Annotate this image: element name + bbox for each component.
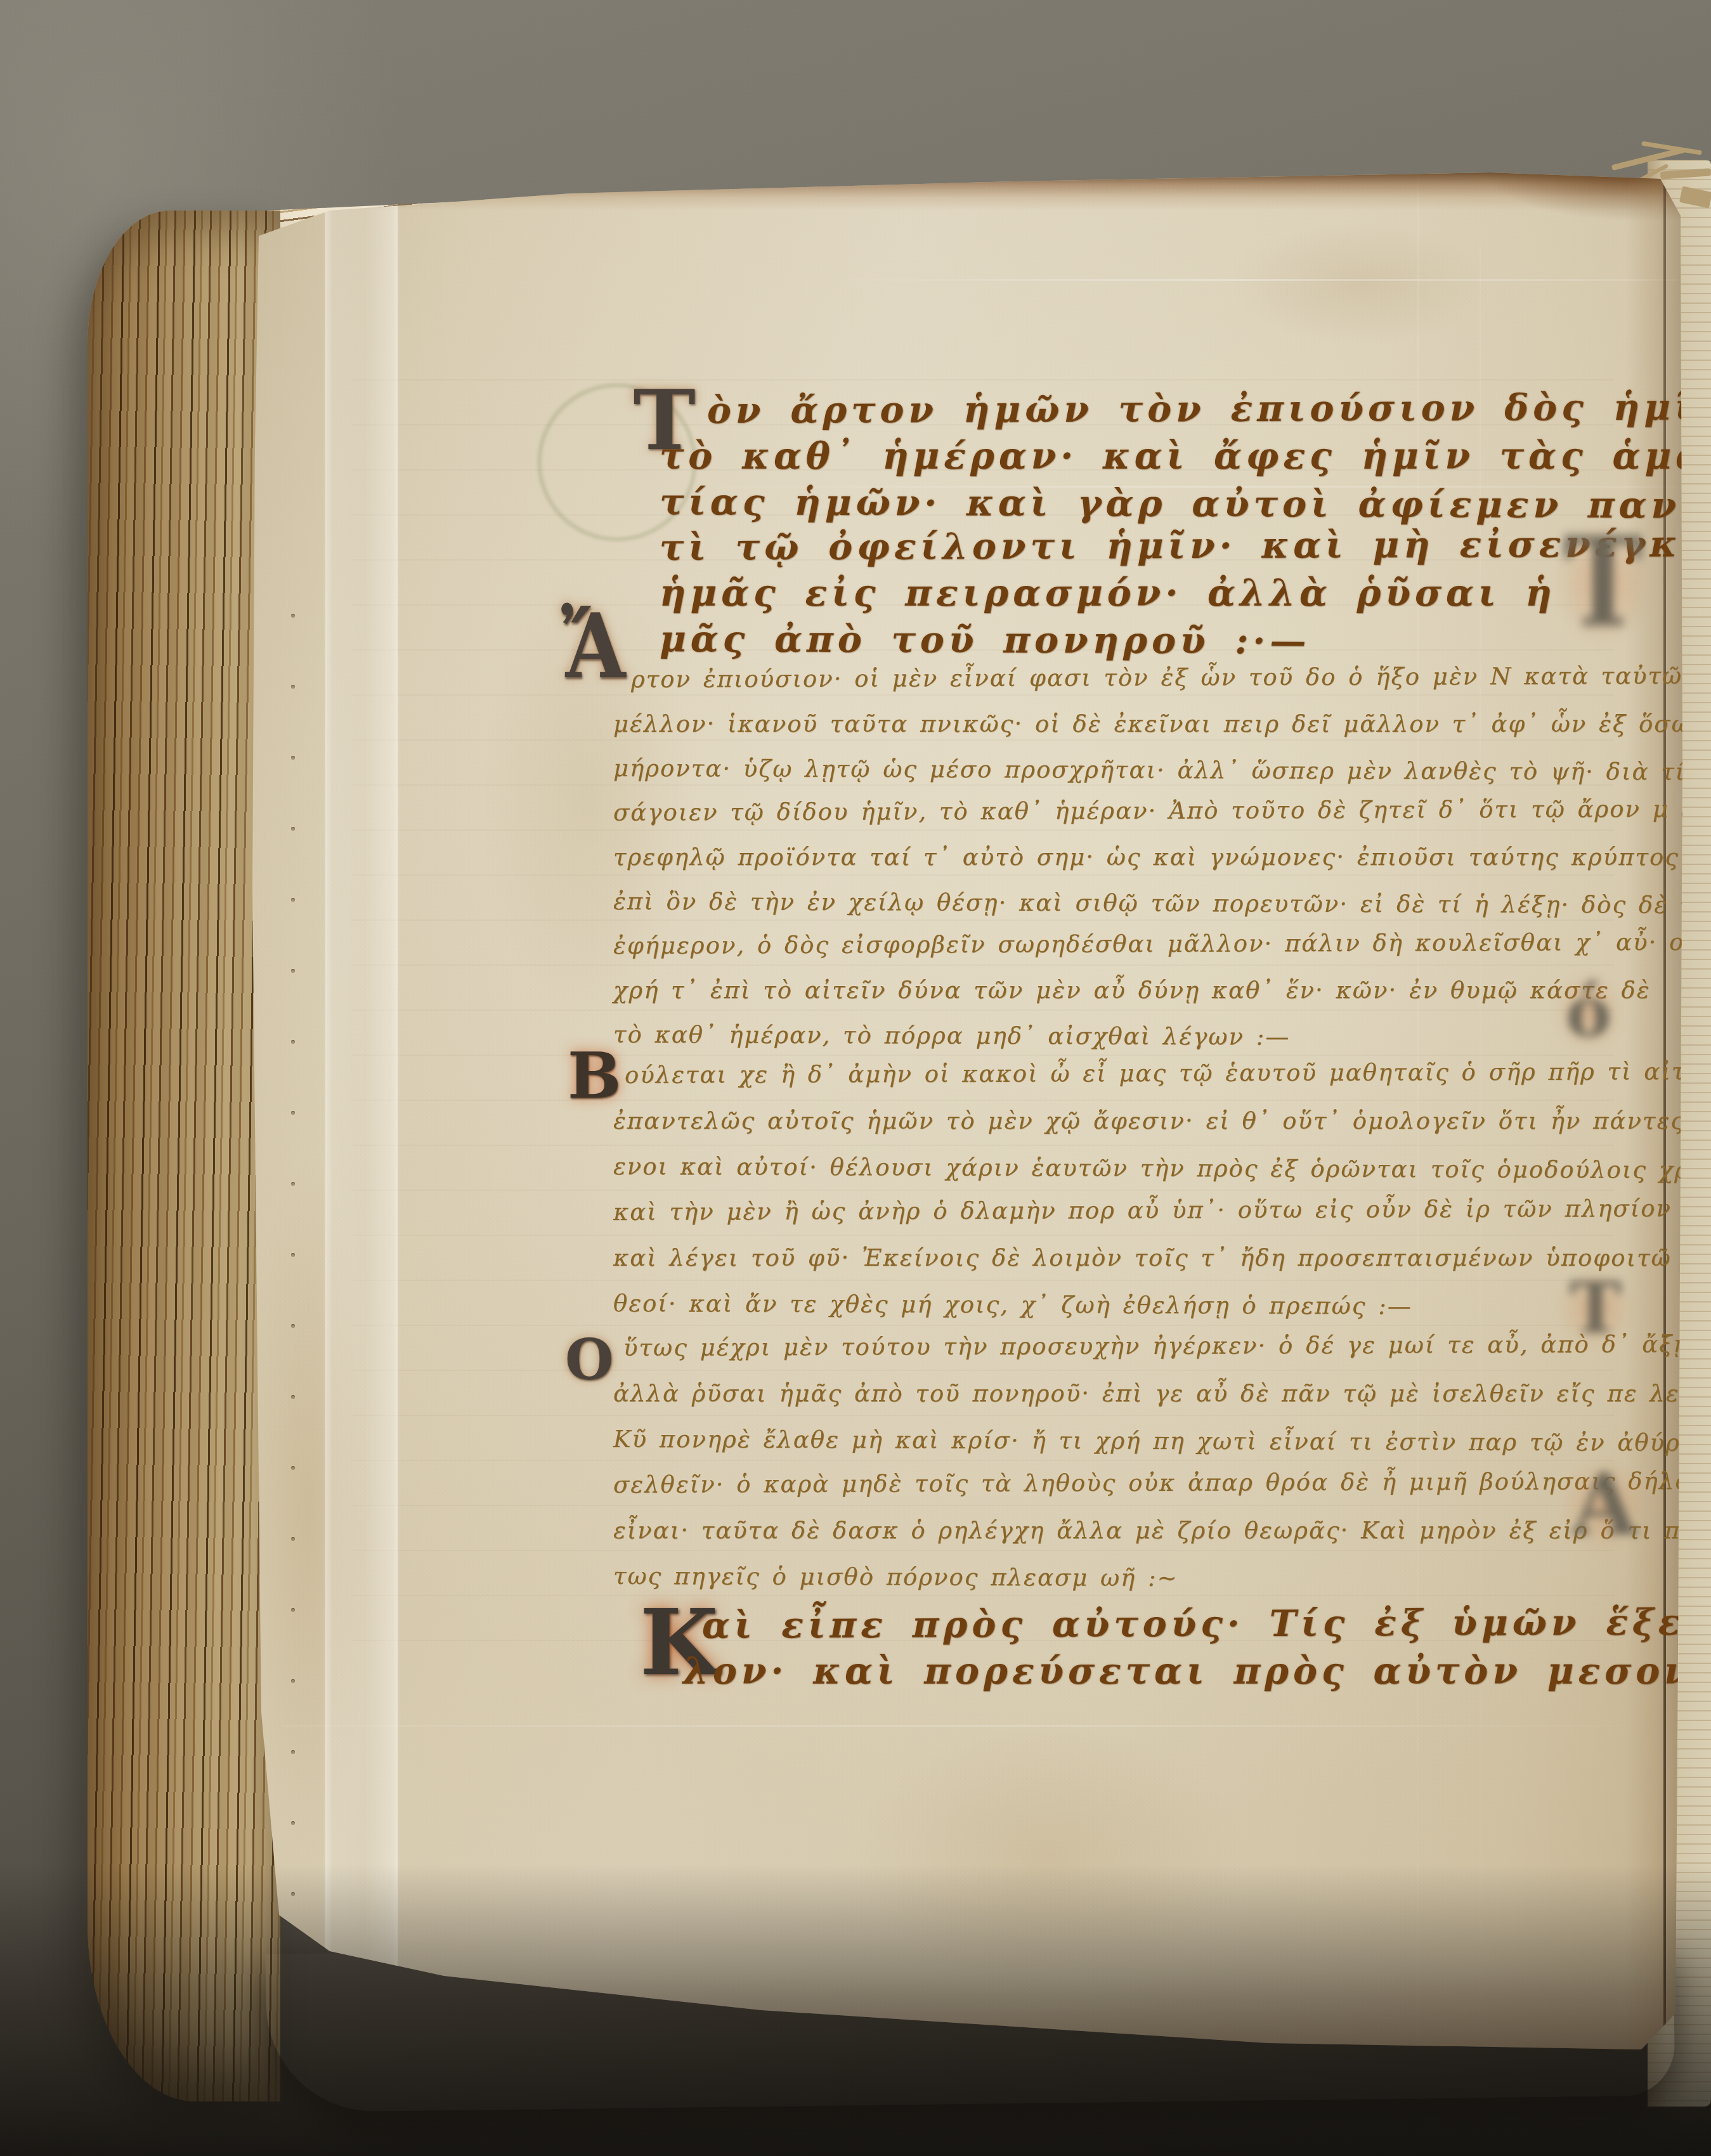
initial-beta: Β — [568, 1044, 621, 1107]
pricking-hole — [291, 969, 295, 973]
commentary-omicron-line-3: Κῦ πονηρὲ ἔλαθε μὴ καὶ κρίσ· ἤ τι χρή πη… — [613, 1425, 1711, 1457]
pricking-hole — [291, 1395, 295, 1399]
pricking-hole — [291, 1466, 295, 1470]
commentary-alpha-line-6: ἐπὶ ὃν δὲ τὴν ἐν χείλῳ θέσῃ· καὶ σιθῷ τῶ… — [613, 888, 1711, 919]
commentary-omicron-line-5: εἶναι· ταῦτα δὲ δασκ ὁ ρηλέγχη ἄλλα μὲ ζ… — [613, 1517, 1696, 1544]
pricking-hole — [291, 1111, 295, 1115]
commentary-beta-line-2: ἐπαντελῶς αὐτοῖς ἡμῶν τὸ μὲν χῷ ἄφεσιν· … — [613, 1107, 1711, 1134]
commentary-alpha-line-5: τρεφηλῷ προϊόντα ταί τ᾽ αὐτὸ σημ· ὡς καὶ… — [613, 843, 1711, 871]
thread-strand — [1679, 186, 1711, 208]
pricking-hole — [291, 1608, 295, 1612]
pricking-hole — [291, 614, 295, 618]
horizontal-crease — [282, 1725, 1671, 1727]
commentary-alpha-line-2: μέλλον· ἱκανοῦ ταῦτα πνικῶς· οἱ δὲ ἐκεῖν… — [613, 710, 1711, 737]
thread-strand — [1660, 168, 1711, 179]
pricking-hole — [291, 1750, 295, 1754]
manuscript-photo: Τ Ἄ Β Ο Κ ὸν ἄρτον ἡμῶν τὸν ἐπιούσιον δὸ… — [0, 0, 1711, 2156]
commentary-alpha-line-1: ρτον ἐπιούσιον· οἱ μὲν εἶναί φασι τὸν ἐξ… — [631, 662, 1711, 693]
gospel-line-2: τὸ καθ᾽ ἡμέραν· καὶ ἄφες ἡμῖν τὰς ἁμαρ — [660, 435, 1711, 477]
pricking-hole — [291, 756, 295, 760]
commentary-omicron-line-4: σελθεῖν· ὁ καρὰ μηδὲ τοῖς τὰ ληθοὺς οὐκ … — [613, 1467, 1706, 1498]
commentary-omicron-line-6: τως πηγεῖς ὁ μισθὸ πόρνος πλεασμ ωῆ :~ — [613, 1562, 1178, 1592]
initial-alpha: Ἄ — [561, 602, 625, 691]
ink-offset-ghost-letter: ό — [1544, 961, 1633, 1063]
pricking-holes — [289, 170, 301, 2056]
repair-tape-strip — [325, 181, 398, 2011]
gospel-line-2-1: αὶ εἶπε πρὸς αὐτούς· Τίς ἐξ ὑμῶν ἕξει φί — [702, 1601, 1711, 1647]
manuscript-page: Τ Ἄ Β Ο Κ ὸν ἄρτον ἡμῶν τὸν ἐπιούσιον δὸ… — [244, 170, 1682, 2056]
pricking-hole — [291, 1324, 295, 1328]
commentary-beta-line-5: καὶ λέγει τοῦ φῦ· Ἐκείνοις δὲ λοιμὸν τοῖ… — [613, 1244, 1672, 1271]
commentary-beta-line-3: ενοι καὶ αὐτοί· θέλουσι χάριν ἑαυτῶν τὴν… — [613, 1153, 1711, 1185]
ink-offset-ghost-letter: Τ — [1548, 1257, 1643, 1360]
commentary-alpha-line-8: χρή τ᾽ ἐπὶ τὸ αἰτεῖν δύνα τῶν μὲν αὖ δύν… — [613, 977, 1651, 1004]
pricking-hole — [291, 827, 295, 831]
commentary-beta-line-4: καὶ τὴν μὲν ἢ ὡς ἀνὴρ ὁ δλαμὴν πορ αὖ ὑπ… — [613, 1194, 1711, 1226]
gospel-line-1: ὸν ἄρτον ἡμῶν τὸν ἐπιούσιον δὸς ἡμῖν — [707, 386, 1711, 432]
commentary-alpha-line-3: μήροντα· ὑζῳ λῃτῷ ὡς μέσο προσχρῆται· ἀλ… — [613, 755, 1711, 786]
commentary-alpha-line-4: σάγοιεν τῷ δίδου ἡμῖν, τὸ καθ᾽ ἡμέραν· Ἀ… — [613, 795, 1711, 826]
pricking-hole — [291, 898, 295, 902]
commentary-beta-line-1: ούλεται χε ἢ δ᾽ ἀμὴν οἱ κακοὶ ὦ εἶ μας τ… — [625, 1058, 1699, 1089]
floor-shadow — [0, 1864, 1711, 2156]
commentary-beta-line-6: θεοί· καὶ ἄν τε χθὲς μή χοις, χ᾽ ζωὴ ἐθε… — [613, 1290, 1412, 1320]
pricking-hole — [291, 1537, 295, 1541]
initial-omicron: Ο — [565, 1332, 614, 1387]
gospel-line-2-2: λον· καὶ πορεύσεται πρὸς αὐτὸν μεσον ψκ῀ — [683, 1650, 1711, 1692]
pricking-hole — [291, 685, 295, 689]
pricking-hole — [291, 1040, 295, 1044]
horizontal-crease — [815, 279, 1677, 281]
commentary-alpha-line-7: ἐφήμερον, ὁ δὸς εἰσφορβεῖν σωρηδέσθαι μᾶ… — [613, 928, 1711, 959]
page-stack-left-edges — [88, 211, 280, 2101]
gospel-line-5: ἡμᾶς εἰς πειρασμόν· ἀλλὰ ῥῦσαι ἡ — [660, 572, 1556, 614]
pricking-hole — [291, 1821, 295, 1825]
ink-offset-ghost-letter: Α — [1551, 1447, 1658, 1564]
gospel-line-3: τίας ἡμῶν· καὶ γὰρ αὐτοὶ ἀφίεμεν παν — [660, 481, 1681, 527]
pricking-hole — [291, 1253, 295, 1257]
codex-book: Τ Ἄ Β Ο Κ ὸν ἄρτον ἡμῶν τὸν ἐπιούσιον δὸ… — [0, 0, 1711, 2156]
pricking-hole — [291, 1679, 295, 1683]
commentary-alpha-line-9: τὸ καθ᾽ ἡμέραν, τὸ πόρρα μηδ᾽ αἰσχθαὶ λέ… — [613, 1021, 1290, 1051]
gospel-line-6: μᾶς ἀπὸ τοῦ πονηροῦ :·— — [660, 618, 1311, 663]
ink-offset-ghost-letter: Τ — [1542, 502, 1664, 663]
pricking-hole — [291, 1182, 295, 1186]
commentary-omicron-line-2: ἀλλὰ ῥῦσαι ἡμᾶς ἀπὸ τοῦ πονηροῦ· ἐπὶ γε … — [613, 1380, 1711, 1407]
